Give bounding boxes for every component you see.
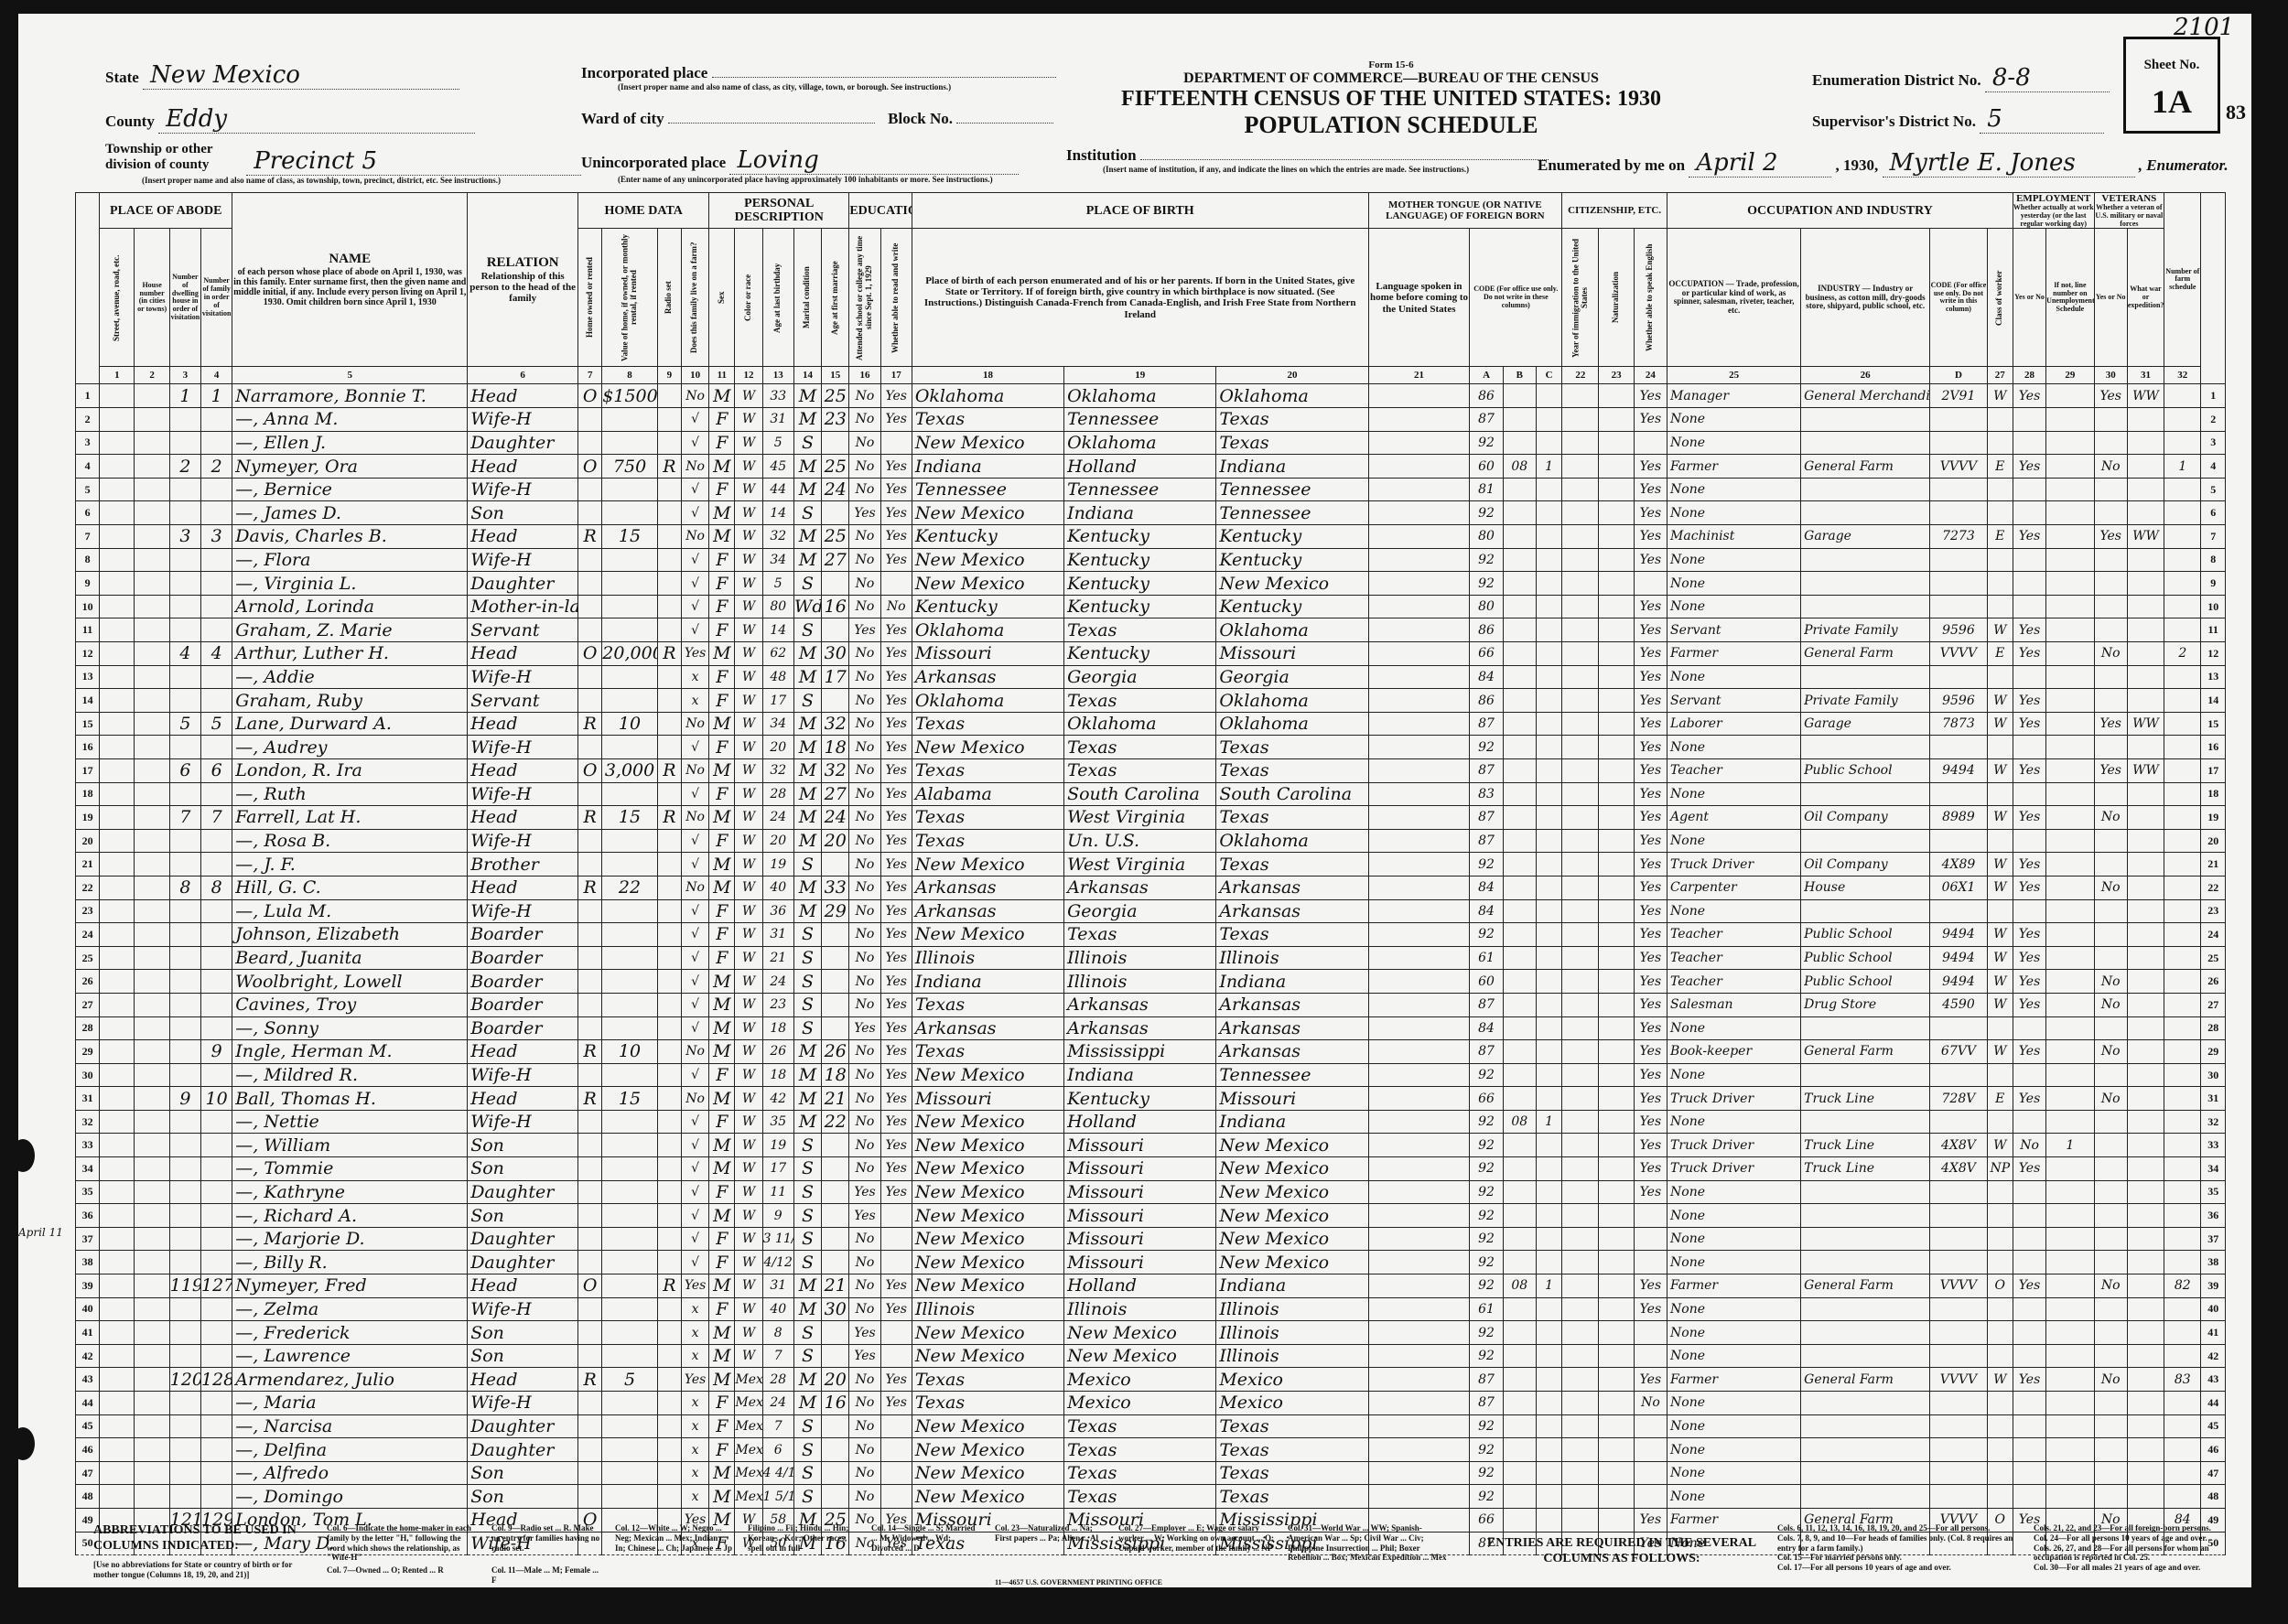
occupation-code [1930,1227,1987,1251]
naturalization [1599,806,1634,830]
school-attendance: No [849,1392,880,1415]
mother-tongue [1368,1485,1470,1509]
occupation: None [1667,1063,1801,1087]
code-b: 08 [1503,455,1536,479]
birthplace-mother: New Mexico [1216,1204,1368,1228]
veteran: No [2094,806,2127,830]
radio-set [657,1297,681,1321]
sex: F [709,665,735,689]
marital-status: S [793,1016,821,1040]
class-of-worker [1987,1321,2013,1345]
radio-set [657,1087,681,1111]
naturalization [1599,758,1634,782]
birthplace-mother: Texas [1216,408,1368,432]
mother-tongue [1368,1438,1470,1462]
dwelling-number [169,899,200,923]
dwelling-number [169,1063,200,1087]
age-first-marriage [822,689,849,713]
house-number [135,1040,169,1064]
race: W [735,1321,762,1345]
immigration-year [1562,525,1599,549]
street [100,876,135,899]
marital-status: S [793,501,821,525]
mother-tongue [1368,431,1470,455]
home-tenure: R [578,1040,602,1064]
birthplace-person: Oklahoma [912,384,1063,408]
age: 40 [762,876,793,899]
war [2127,431,2164,455]
age-first-marriage [822,853,849,877]
school-attendance: No [849,689,880,713]
birthplace-mother: Texas [1216,1414,1368,1438]
farm-residence: x [681,1344,708,1368]
race: W [735,1040,762,1064]
marital-status: S [793,1157,821,1181]
house-number [135,501,169,525]
age-first-marriage [822,1251,849,1274]
veteran [2094,1134,2127,1157]
code-a: 92 [1470,736,1503,759]
line-number-right: 25 [2201,946,2226,970]
education-group: EDUCATION [849,193,912,229]
school-attendance: No [849,572,880,596]
person-name: —, Bernice [232,478,468,501]
literacy [880,1438,912,1462]
person-name: —, Rosa B. [232,829,468,853]
street [100,736,135,759]
home-value [602,1157,657,1181]
speaks-english: Yes [1634,829,1667,853]
abode-group: PLACE OF ABODE [100,193,232,229]
code-b [1503,572,1536,596]
sex: F [709,923,735,947]
code-b [1503,642,1536,666]
literacy: Yes [880,1087,912,1111]
naturalization [1599,1414,1634,1438]
at-work [2013,548,2045,572]
race: W [735,1297,762,1321]
column-number: 10 [681,367,708,384]
naturalization [1599,923,1634,947]
naturalization [1599,712,1634,736]
age-first-marriage [822,946,849,970]
literacy: Yes [880,1134,912,1157]
veteran [2094,665,2127,689]
line-number: 26 [76,970,100,994]
age-first-marriage [822,1016,849,1040]
family-header: Number of family in order of visitation [201,229,232,367]
family-number [201,1297,232,1321]
marital-status: M [793,899,821,923]
relationship: Wife-H [468,899,578,923]
relationship: Boarder [468,1016,578,1040]
unemployment-line [2046,618,2094,642]
title-block: Form 15-6 DEPARTMENT OF COMMERCE—BUREAU … [1098,59,1684,139]
family-number: 8 [201,876,232,899]
age-first-marriage [822,1438,849,1462]
sex: M [709,1344,735,1368]
person-name: Woolbright, Lowell [232,970,468,994]
mother-tongue [1368,1087,1470,1111]
street [100,1157,135,1181]
family-number: 5 [201,712,232,736]
sex: M [709,384,735,408]
occ-code-header: CODE (For office use only. Do not write … [1930,229,1987,367]
class-of-worker [1987,1180,2013,1204]
dwelling-number: 1 [169,384,200,408]
code-b [1503,993,1536,1016]
home-value [602,1485,657,1509]
birthplace-father: Missouri [1064,1204,1216,1228]
radio-set [657,478,681,501]
house-number [135,384,169,408]
veteran [2094,1297,2127,1321]
required-notes-1: Cols. 6, 11, 12, 13, 14, 16, 18, 19, 20,… [1777,1523,2024,1573]
race: Mex [735,1485,762,1509]
code-b [1503,525,1536,549]
street [100,1110,135,1134]
mother-tongue [1368,572,1470,596]
immigration-year [1562,993,1599,1016]
unemployment-line [2046,1438,2094,1462]
table-row: 30—, Mildred R.Wife-H√FW18M18NoYesNew Me… [76,1063,2226,1087]
birthplace-father: Georgia [1064,665,1216,689]
family-number [201,970,232,994]
code-b [1503,806,1536,830]
birthplace-mother: Texas [1216,758,1368,782]
birthplace-father: Texas [1064,618,1216,642]
house-number [135,431,169,455]
unemployment-line [2046,758,2094,782]
code-c [1536,642,1561,666]
family-number [201,899,232,923]
marital-header: Marital condition [793,229,821,367]
house-number [135,548,169,572]
veteran [2094,1180,2127,1204]
line-number-right: 40 [2201,1297,2226,1321]
home-tenure [578,923,602,947]
school-attendance: No [849,384,880,408]
literacy [880,572,912,596]
speaks-english: Yes [1634,665,1667,689]
mother-tongue [1368,712,1470,736]
mother-tongue [1368,1227,1470,1251]
immigration-year [1562,806,1599,830]
race: W [735,712,762,736]
table-row: 44—, MariaWife-HxFMex24M16NoYesTexasMexi… [76,1392,2226,1415]
unemployment-line [2046,525,2094,549]
occupation-group: OCCUPATION AND INDUSTRY [1667,193,2013,229]
family-number [201,665,232,689]
race: W [735,572,762,596]
line-number: 3 [76,431,100,455]
code-b [1503,1485,1536,1509]
speaks-english: Yes [1634,478,1667,501]
family-number: 128 [201,1368,232,1392]
unincorporated-value: Loving [729,146,1019,175]
mother-tongue [1368,408,1470,432]
literacy: Yes [880,1016,912,1040]
industry [1801,478,1930,501]
occupation: None [1667,1297,1801,1321]
farm-residence: x [681,1461,708,1485]
marital-status: M [793,548,821,572]
code-a: 66 [1470,642,1503,666]
line-number: 4 [76,455,100,479]
birthplace-person: Texas [912,806,1063,830]
immigration-year [1562,572,1599,596]
veteran: No [2094,876,2127,899]
farm-residence: No [681,384,708,408]
industry: Private Family [1801,618,1930,642]
unemployment-line [2046,548,2094,572]
code-a: 84 [1470,876,1503,899]
code-a: 87 [1470,712,1503,736]
line-number-right: 14 [2201,689,2226,713]
code-a: 92 [1470,1274,1503,1298]
birthplace-father: Tennessee [1064,408,1216,432]
birthplace-person: Indiana [912,970,1063,994]
dwelling-number [169,736,200,759]
occupation-code: 4X8V [1930,1157,1987,1181]
line-number: 47 [76,1461,100,1485]
table-row: 37—, Marjorie D.Daughter√FW3 11/12SNoNew… [76,1227,2226,1251]
line-number: 44 [76,1392,100,1415]
industry: General Farm [1801,1368,1930,1392]
relationship: Daughter [468,1251,578,1274]
dwelling-number [169,993,200,1016]
marital-status: M [793,1087,821,1111]
veterans-group: VETERANSWhether a veteran of U.S. milita… [2094,193,2164,229]
unemployment-line [2046,478,2094,501]
occupation-code [1930,829,1987,853]
line-number-right: 47 [2201,1461,2226,1485]
farm-schedule-number [2164,993,2201,1016]
age-first-marriage: 27 [822,782,849,806]
column-number: 30 [2094,367,2127,384]
home-value [602,993,657,1016]
code-b [1503,970,1536,994]
birthplace-mother: New Mexico [1216,1157,1368,1181]
column-number: 23 [1599,367,1634,384]
personal-group: PERSONAL DESCRIPTION [709,193,849,229]
unemployment-line [2046,923,2094,947]
birthplace-father: Illinois [1064,970,1216,994]
line-number-right: 19 [2201,806,2226,830]
birthplace-father: West Virginia [1064,806,1216,830]
occupation-code [1930,1063,1987,1087]
sex: M [709,1134,735,1157]
radio-set [657,689,681,713]
birthplace-father: Texas [1064,1485,1216,1509]
occupation-code [1930,1438,1987,1462]
home-value: 15 [602,525,657,549]
birthplace-father: Mexico [1064,1368,1216,1392]
occupation-code [1930,478,1987,501]
war [2127,876,2164,899]
veteran [2094,1414,2127,1438]
industry [1801,1392,1930,1415]
naturalization [1599,1485,1634,1509]
speaks-english: Yes [1634,689,1667,713]
street [100,618,135,642]
war: WW [2127,712,2164,736]
birthplace-person: Texas [912,712,1063,736]
sex: F [709,548,735,572]
occupation-code: 9596 [1930,689,1987,713]
table-row: 32—, NettieWife-H√FW35M22NoYesNew Mexico… [76,1110,2226,1134]
occupation-code: 7873 [1930,712,1987,736]
radio-set [657,876,681,899]
farm-residence: √ [681,431,708,455]
sd-field: Supervisor's District No. 5 [1812,105,2104,134]
war [2127,595,2164,618]
speaks-english [1634,1321,1667,1345]
dwelling-number [169,1461,200,1485]
marital-status: M [793,1110,821,1134]
line-number-right: 43 [2201,1368,2226,1392]
ward-value [668,123,875,124]
dwelling-number [169,431,200,455]
person-name: Graham, Ruby [232,689,468,713]
home-value [602,595,657,618]
line-number: 25 [76,946,100,970]
dwelling-number [169,1297,200,1321]
age: 9 [762,1204,793,1228]
dwelling-number [169,829,200,853]
line-number: 37 [76,1227,100,1251]
radio-set [657,1392,681,1415]
code-a: 92 [1470,1321,1503,1345]
farm-residence: √ [681,946,708,970]
family-number [201,618,232,642]
race: Mex [735,1461,762,1485]
occupation-code [1930,1321,1987,1345]
code-b [1503,501,1536,525]
speaks-english: Yes [1634,1368,1667,1392]
sd-label: Supervisor's District No. [1812,113,1976,130]
column-number: 13 [762,367,793,384]
column-number: B [1503,367,1536,384]
house-number [135,970,169,994]
farm-schedule-number [2164,689,2201,713]
line-number: 27 [76,993,100,1016]
industry [1801,1251,1930,1274]
mother-tongue [1368,1274,1470,1298]
birthplace-person: New Mexico [912,1134,1063,1157]
occupation: Farmer [1667,1368,1801,1392]
naturalization [1599,1461,1634,1485]
mother-tongue [1368,806,1470,830]
farm-residence: √ [681,1227,708,1251]
code-b [1503,1321,1536,1345]
person-name: Johnson, Elizabeth [232,923,468,947]
marital-status: M [793,665,821,689]
street [100,923,135,947]
industry: Truck Line [1801,1087,1930,1111]
at-work [2013,1438,2045,1462]
code-b [1503,876,1536,899]
unincorporated-note: (Enter name of any unincorporated place … [618,175,1075,184]
naturalization [1599,525,1634,549]
occupation: Salesman [1667,993,1801,1016]
table-row: 40—, ZelmaWife-HxFW40M30NoYesIllinoisIll… [76,1297,2226,1321]
literacy: Yes [880,736,912,759]
line-number: 15 [76,712,100,736]
col12-note: Col. 12—White ... W; Negro ... Neg; Mexi… [615,1523,734,1553]
sex: M [709,1204,735,1228]
relationship: Servant [468,689,578,713]
code-a: 92 [1470,1110,1503,1134]
house-number [135,876,169,899]
at-work [2013,431,2045,455]
col9-note: Col. 9—Radio set ... R. Make no entry fo… [491,1523,601,1553]
radio-set [657,899,681,923]
school-attendance: No [849,1274,880,1298]
line-number-right: 2 [2201,408,2226,432]
naturalization [1599,548,1634,572]
immigration-year [1562,1251,1599,1274]
line-number: 23 [76,899,100,923]
occupation-code [1930,1485,1987,1509]
at-work-header: Yes or No [2013,229,2045,367]
radio-set [657,923,681,947]
birthplace-mother: Oklahoma [1216,618,1368,642]
farm-schedule-number [2164,829,2201,853]
birthplace-person: Texas [912,829,1063,853]
industry: Public School [1801,923,1930,947]
birthplace-mother: Tennessee [1216,478,1368,501]
radio-set [657,1438,681,1462]
sex: F [709,689,735,713]
age-first-marriage: 16 [822,595,849,618]
naturalization [1599,1087,1634,1111]
ward-label: Ward of city [581,110,664,127]
house-number [135,1392,169,1415]
line-number-right: 28 [2201,1016,2226,1040]
relationship: Daughter [468,1414,578,1438]
class-of-worker [1987,408,2013,432]
race: Mex [735,1438,762,1462]
sex: M [709,1040,735,1064]
school-attendance: No [849,923,880,947]
home-tenure [578,665,602,689]
unemployment-line [2046,829,2094,853]
class-of-worker [1987,1485,2013,1509]
birthplace-mother: Georgia [1216,665,1368,689]
farm-residence: √ [681,923,708,947]
farm-schedule-number [2164,1392,2201,1415]
sex: F [709,736,735,759]
table-row: 2—, Anna M.Wife-H√FW31M23NoYesTexasTenne… [76,408,2226,432]
line-number: 32 [76,1110,100,1134]
person-name: —, Frederick [232,1321,468,1345]
occupation: None [1667,1485,1801,1509]
at-work: Yes [2013,689,2045,713]
literacy: Yes [880,642,912,666]
naturalization [1599,1438,1634,1462]
occupation-code: 7273 [1930,525,1987,549]
street [100,1344,135,1368]
unemployment-line [2046,1344,2094,1368]
birthplace-mother: Mexico [1216,1392,1368,1415]
race: W [735,1110,762,1134]
school-attendance: No [849,829,880,853]
at-work [2013,899,2045,923]
relationship: Wife-H [468,782,578,806]
line-number-right: 12 [2201,642,2226,666]
age: 24 [762,1392,793,1415]
